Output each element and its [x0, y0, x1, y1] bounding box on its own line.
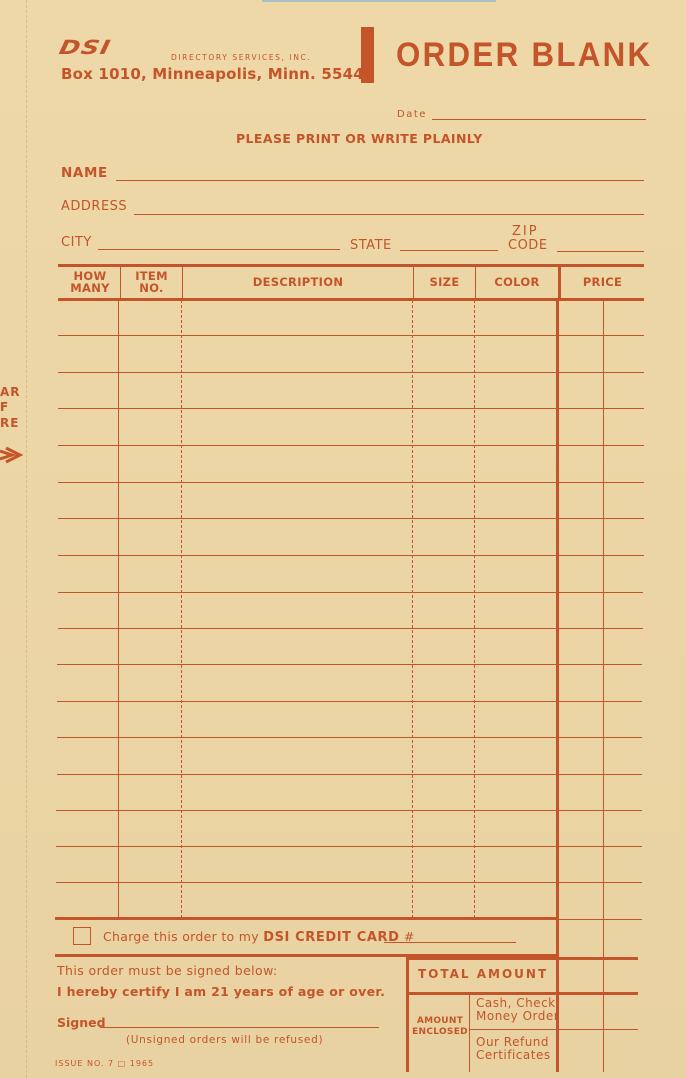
title-bar-decoration	[361, 27, 374, 83]
table-row[interactable]	[60, 374, 556, 408]
header-line: MANY	[70, 282, 110, 294]
date-field[interactable]	[432, 119, 646, 120]
amount-enclosed-label: AMOUNT ENCLOSED	[411, 1016, 469, 1038]
enclosed-label-line2: ENCLOSED	[411, 1027, 469, 1038]
name-field[interactable]	[116, 180, 644, 181]
table-row[interactable]	[60, 884, 556, 917]
zip-code-label: ZIP CODE	[508, 225, 548, 253]
payment1-line2: Money Order	[476, 1010, 559, 1023]
arrow-right-icon	[0, 446, 24, 464]
table-row[interactable]	[60, 776, 556, 810]
column-header-price: PRICE	[561, 266, 644, 298]
table-row[interactable]	[60, 594, 556, 628]
credit-card-text: Charge this order to my DSI CREDIT CARD …	[103, 929, 415, 945]
row-line	[58, 445, 644, 446]
top-edge-strip	[262, 0, 496, 2]
zip-label-line2: CODE	[508, 239, 548, 253]
column-header-item-no: ITEMNO.	[121, 266, 182, 298]
date-label: Date	[397, 109, 427, 120]
price-row-line	[557, 919, 642, 920]
enclosed-label-line1: AMOUNT	[411, 1016, 469, 1027]
row-line	[56, 810, 642, 811]
table-row[interactable]	[60, 703, 556, 737]
signature-field[interactable]	[100, 1027, 379, 1028]
row-line	[57, 774, 642, 775]
column-header-description: DESCRIPTION	[183, 266, 413, 298]
table-row[interactable]	[60, 447, 556, 481]
payment2-line2: Certificates	[476, 1049, 551, 1062]
company-address: Box 1010, Minneapolis, Minn. 55440	[61, 65, 375, 83]
cash-check-amount-field[interactable]	[559, 995, 642, 1028]
zip-code-field[interactable]	[557, 251, 644, 252]
company-name: DIRECTORY SERVICES, INC.	[171, 53, 311, 62]
header-line: NO.	[135, 282, 168, 294]
column-header-how-many: HOWMANY	[60, 266, 120, 298]
row-line	[58, 335, 644, 336]
age-certification: I hereby certify I am 21 years of age or…	[57, 984, 385, 999]
table-row[interactable]	[60, 301, 556, 335]
table-row[interactable]	[60, 520, 556, 554]
payment-refund-certificates-label: Our Refund Certificates	[476, 1036, 551, 1062]
dsi-logo: DSI	[57, 36, 113, 59]
address-field[interactable]	[134, 214, 644, 215]
state-field[interactable]	[400, 250, 498, 251]
credit-text-bold: DSI CREDIT CARD	[263, 930, 399, 945]
table-row[interactable]	[60, 630, 556, 664]
table-bottom-border	[55, 917, 557, 920]
row-line	[56, 882, 642, 883]
row-line	[57, 664, 642, 665]
payment-cash-check-label: Cash, Check Money Order	[476, 997, 559, 1023]
table-row[interactable]	[60, 739, 556, 773]
table-row[interactable]	[60, 337, 556, 371]
total-amount-field[interactable]	[559, 960, 642, 992]
credit-card-checkbox[interactable]	[73, 927, 91, 945]
row-line	[57, 701, 642, 702]
state-label: STATE	[350, 238, 392, 253]
totals-left-border	[406, 957, 409, 1072]
side-margin-text-3: RE	[0, 416, 19, 430]
row-line	[58, 408, 644, 409]
side-margin-text-2: F	[0, 400, 9, 414]
row-line	[57, 737, 642, 738]
table-row[interactable]	[60, 812, 556, 846]
table-row[interactable]	[60, 848, 556, 882]
column-header-size: SIZE	[414, 266, 475, 298]
refund-certificates-amount-field[interactable]	[559, 1031, 642, 1071]
table-row[interactable]	[60, 484, 556, 518]
row-line	[58, 372, 644, 373]
city-label: CITY	[61, 235, 92, 250]
row-line	[56, 846, 642, 847]
total-amount-label: TOTAL AMOUNT	[418, 967, 548, 981]
zip-label-line1: ZIP	[508, 225, 548, 239]
payment-row-line	[470, 1029, 638, 1030]
row-line	[58, 555, 644, 556]
row-line	[58, 628, 643, 629]
row-line	[58, 518, 644, 519]
row-line	[58, 592, 643, 593]
address-label: ADDRESS	[61, 199, 127, 214]
table-row[interactable]	[60, 410, 556, 444]
enclosed-divider	[469, 994, 470, 1072]
signature-instruction: This order must be signed below:	[57, 963, 278, 978]
table-row[interactable]	[60, 666, 556, 700]
side-margin-text-1: AR	[0, 385, 21, 399]
signed-label: Signed	[57, 1015, 106, 1030]
issue-number: ISSUE NO. 7 □ 1965	[55, 1059, 154, 1068]
perforation-line	[26, 0, 27, 1078]
city-field[interactable]	[98, 249, 340, 250]
instruction-text: PLEASE PRINT OR WRITE PLAINLY	[236, 131, 483, 146]
name-label: NAME	[61, 165, 108, 181]
row-line	[58, 482, 644, 483]
table-row[interactable]	[60, 557, 556, 591]
unsigned-note: (Unsigned orders will be refused)	[126, 1034, 323, 1046]
column-header-color: COLOR	[476, 266, 558, 298]
credit-card-number-field[interactable]	[384, 942, 516, 943]
page-title: ORDER BLANK	[396, 36, 652, 75]
credit-text-prefix: Charge this order to my	[103, 929, 263, 944]
